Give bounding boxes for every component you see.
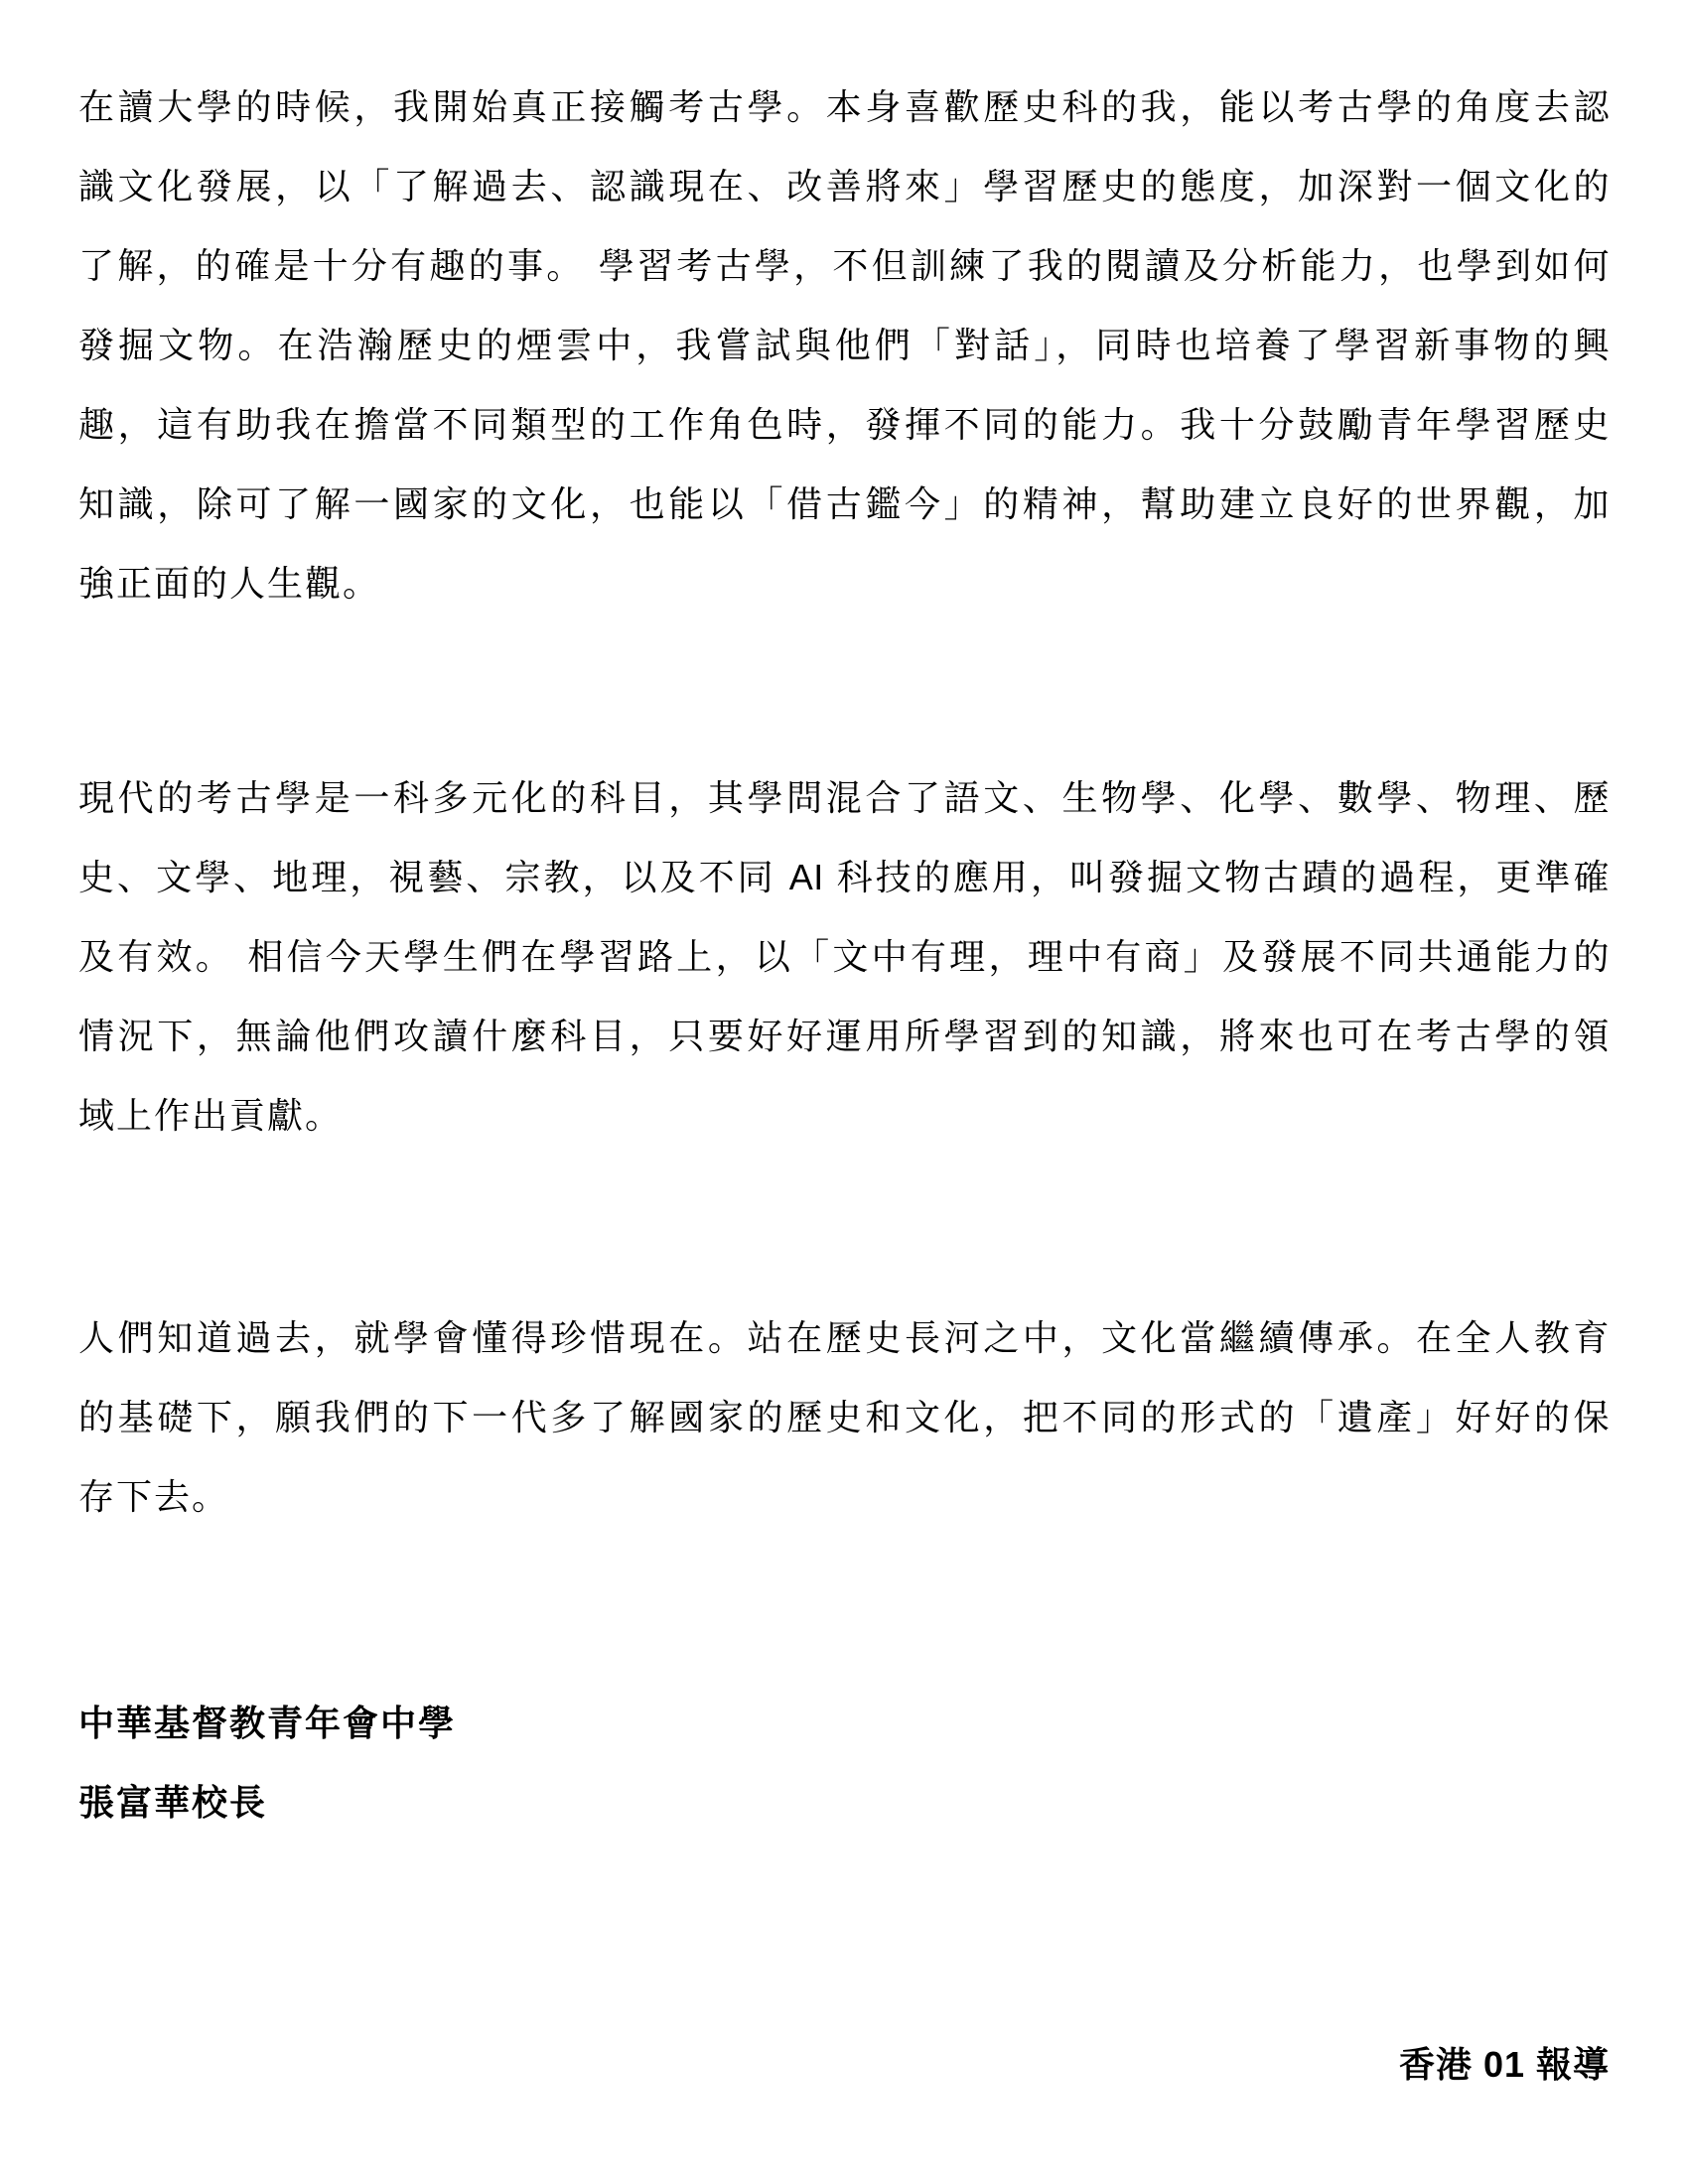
text-line: 了解，的確是十分有趣的事。 學習考古學，不但訓練了我的閱讀及分析能力，也學到如何 <box>78 226 1610 306</box>
text-line: 趣，這有助我在擔當不同類型的工作角色時，發揮不同的能力。我十分鼓勵青年學習歷史 <box>78 385 1610 465</box>
paragraph: 人們知道過去，就學會懂得珍惜現在。站在歷史長河之中，文化當繼續傳承。在全人教育 … <box>78 1298 1610 1537</box>
principal-name: 張富華校長 <box>78 1763 1610 1843</box>
signature-block: 中華基督教青年會中學 張富華校長 <box>78 1684 1610 1843</box>
text-line: 知識，除可了解一國家的文化，也能以「借古鑑今」的精神，幫助建立良好的世界觀，加 <box>78 465 1610 544</box>
text-line: 的基礎下，願我們的下一代多了解國家的歷史和文化，把不同的形式的「遺產」好好的保 <box>78 1378 1610 1457</box>
text-line: 域上作出貢獻。 <box>78 1076 1610 1156</box>
text-line: 現代的考古學是一科多元化的科目，其學問混合了語文、生物學、化學、數學、物理、歷 <box>78 758 1610 838</box>
document-page: 在讀大學的時候，我開始真正接觸考古學。本身喜歡歷史科的我，能以考古學的角度去認 … <box>0 0 1688 2184</box>
paragraph: 現代的考古學是一科多元化的科目，其學問混合了語文、生物學、化學、數學、物理、歷 … <box>78 758 1610 1156</box>
text-line: 識文化發展，以「了解過去、認識現在、改善將來」學習歷史的態度，加深對一個文化的 <box>78 147 1610 226</box>
source-attribution: 香港 01 報導 <box>78 2025 1610 2105</box>
school-name: 中華基督教青年會中學 <box>78 1684 1610 1763</box>
text-line: 情況下，無論他們攻讀什麼科目，只要好好運用所學習到的知識，將來也可在考古學的領 <box>78 997 1610 1076</box>
text-line: 史、文學、地理，視藝、宗教，以及不同 AI 科技的應用，叫發掘文物古蹟的過程，更… <box>78 838 1610 917</box>
text-line: 強正面的人生觀。 <box>78 544 1610 623</box>
text-line: 存下去。 <box>78 1457 1610 1537</box>
paragraph: 在讀大學的時候，我開始真正接觸考古學。本身喜歡歷史科的我，能以考古學的角度去認 … <box>78 68 1610 623</box>
text-line: 在讀大學的時候，我開始真正接觸考古學。本身喜歡歷史科的我，能以考古學的角度去認 <box>78 68 1610 147</box>
text-line: 人們知道過去，就學會懂得珍惜現在。站在歷史長河之中，文化當繼續傳承。在全人教育 <box>78 1298 1610 1378</box>
text-line: 發掘文物。在浩瀚歷史的煙雲中，我嘗試與他們「對話」，同時也培養了學習新事物的興 <box>78 306 1610 385</box>
document-body: 在讀大學的時候，我開始真正接觸考古學。本身喜歡歷史科的我，能以考古學的角度去認 … <box>78 68 1610 2105</box>
text-line: 及有效。 相信今天學生們在學習路上，以「文中有理，理中有商」及發展不同共通能力的 <box>78 917 1610 997</box>
